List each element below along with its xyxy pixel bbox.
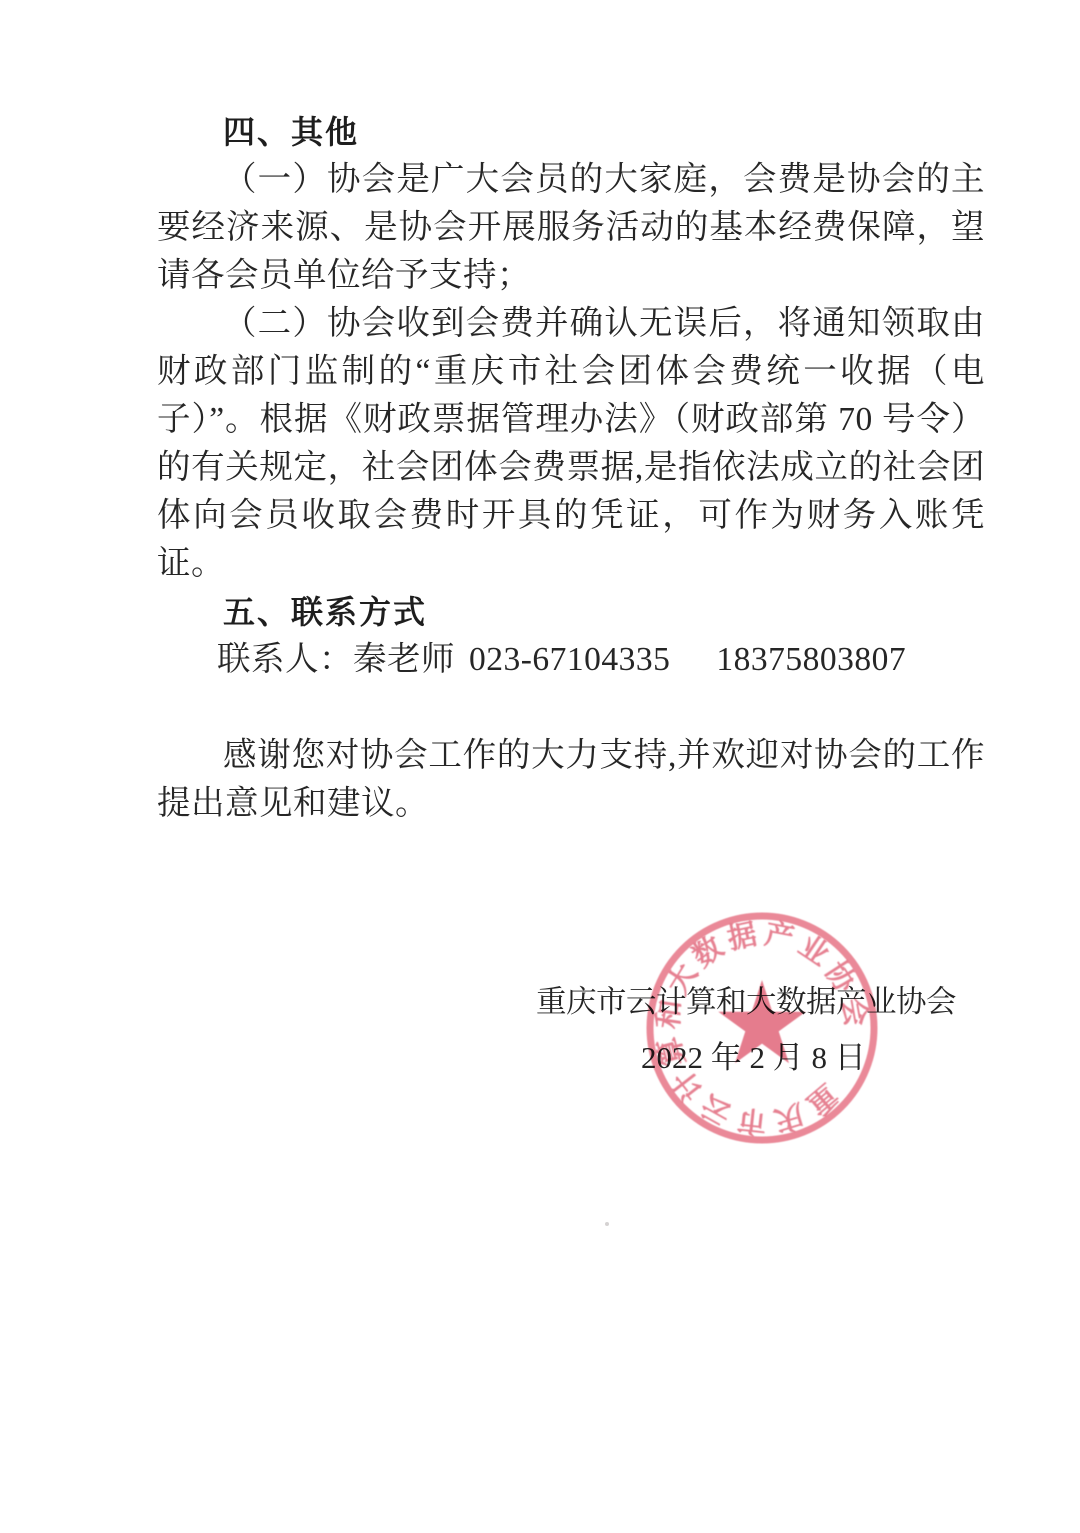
closing-paragraph: 感谢您对协会工作的大力支持,并欢迎对协会的工作提出意见和建议。 bbox=[157, 732, 985, 828]
contact-phone: 023-67104335 bbox=[469, 641, 670, 678]
contact-label: 联系人： bbox=[217, 641, 353, 678]
paragraph-receipt-rules: （二）协会收到会费并确认无误后，将通知领取由财政部门监制的“重庆市社会团体会费统… bbox=[157, 300, 985, 588]
seal-arc-char: 和 bbox=[651, 997, 688, 1031]
scanned-letter-page: 四、其他 （一）协会是广大会员的大家庭，会费是协会的主要经济来源、是协会开展服务… bbox=[0, 0, 1080, 1533]
official-seal-stamp: 重庆市云计算和大数据产业协会 bbox=[630, 896, 894, 1160]
seal-arc-char: 据 bbox=[724, 917, 759, 955]
star-icon bbox=[718, 980, 805, 1063]
contact-mobile: 18375803807 bbox=[716, 641, 906, 678]
contact-line: 联系人：秦老师023-6710433518375803807 bbox=[157, 636, 985, 684]
section-heading-other: 四、其他 bbox=[157, 108, 985, 156]
paragraph-membership-fee: （一）协会是广大会员的大家庭，会费是协会的主要经济来源、是协会开展服务活动的基本… bbox=[157, 156, 985, 300]
seal-arc-char: 市 bbox=[736, 1103, 768, 1139]
seal-arc-char: 产 bbox=[762, 916, 797, 955]
contact-person: 秦老师 bbox=[353, 641, 455, 678]
section-heading-contact: 五、联系方式 bbox=[157, 588, 985, 636]
letter-body: 四、其他 （一）协会是广大会员的大家庭，会费是协会的主要经济来源、是协会开展服务… bbox=[157, 108, 985, 828]
seal-arc-char: 会 bbox=[835, 995, 873, 1029]
scan-artifact-dot bbox=[605, 1222, 609, 1226]
